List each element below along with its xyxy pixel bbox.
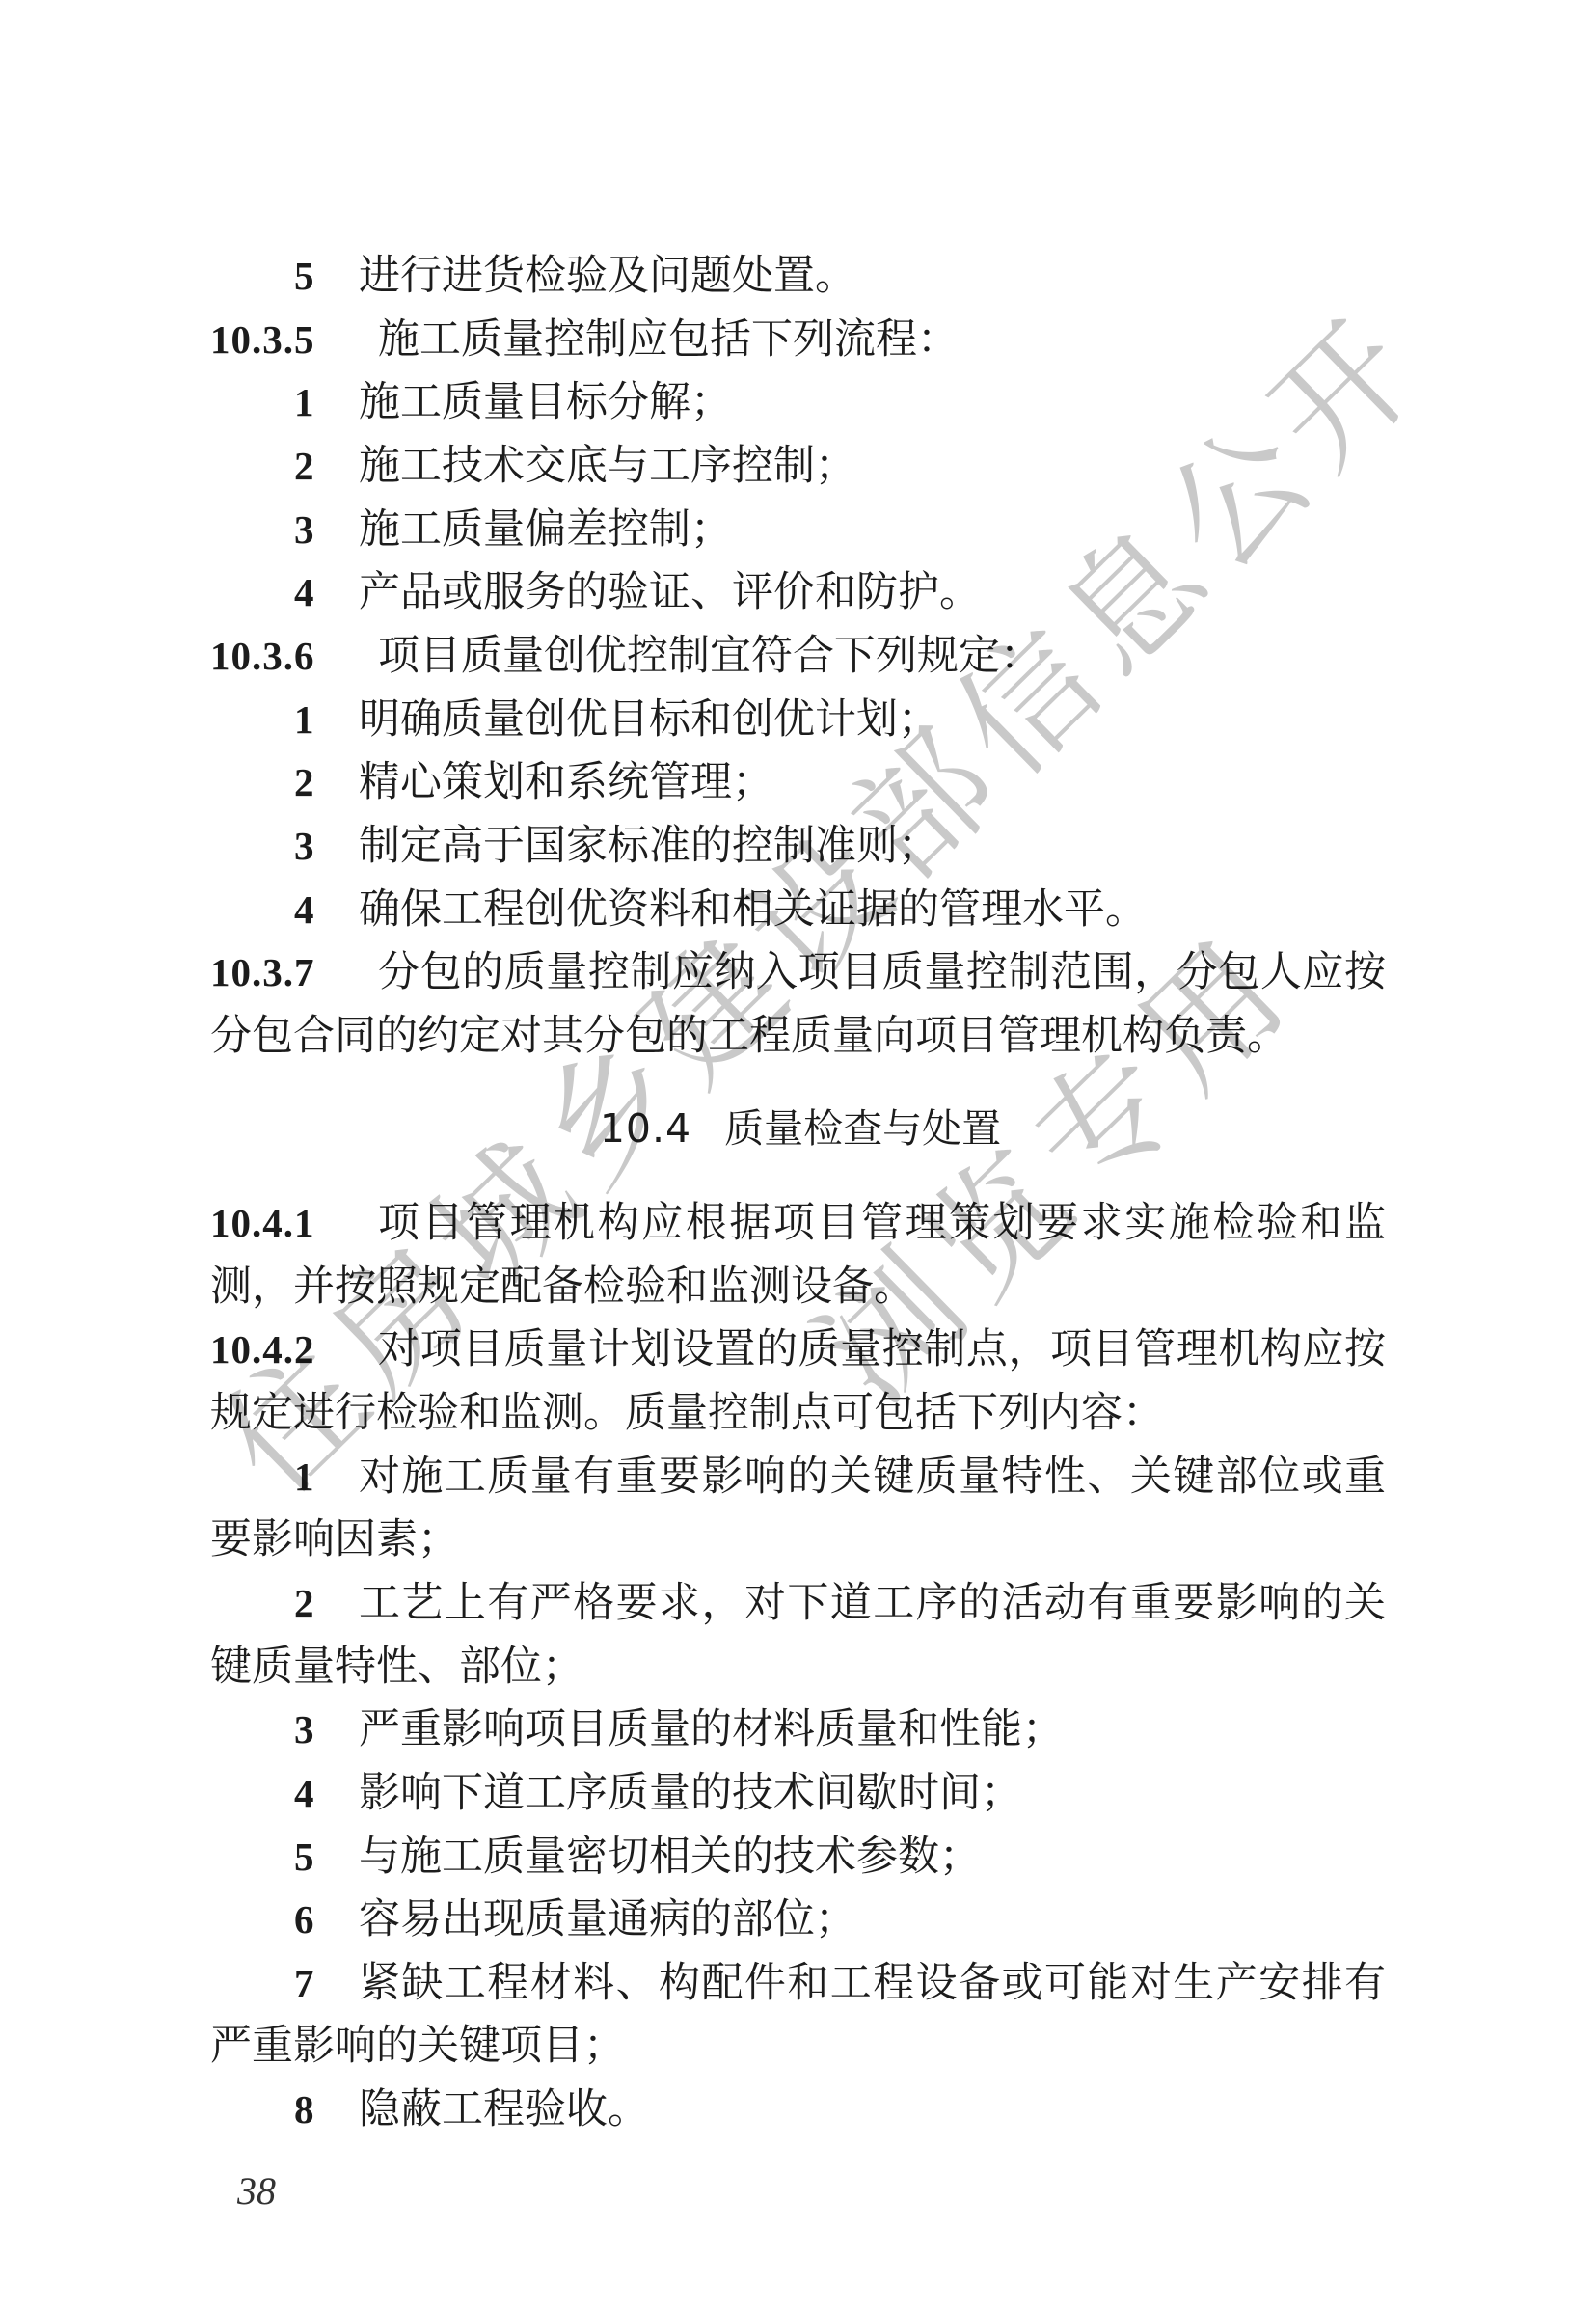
list-item: 2 工艺上有严格要求，对下道工序的活动有重要影响的关 bbox=[0, 1571, 1596, 1635]
item-number: 2 bbox=[294, 1571, 314, 1635]
item-text: 容易出现质量通病的部位； bbox=[359, 1888, 856, 1951]
list-item: 2 施工技术交底与工序控制； bbox=[0, 434, 1596, 498]
item-text: 对施工质量有重要影响的关键质量特性、关键部位或重 bbox=[359, 1445, 1386, 1509]
continuation-line: 键质量特性、部位； bbox=[0, 1635, 1596, 1699]
clause-number: 10.3.5 bbox=[210, 308, 315, 371]
item-text: 产品或服务的验证、评价和防护。 bbox=[359, 560, 981, 624]
list-item: 7 紧缺工程材料、构配件和工程设备或可能对生产安排有 bbox=[0, 1951, 1596, 2015]
item-number: 8 bbox=[294, 2078, 314, 2141]
continuation-text: 严重影响的关键项目； bbox=[210, 2014, 625, 2078]
list-item: 6 容易出现质量通病的部位； bbox=[0, 1888, 1596, 1951]
list-item: 4 确保工程创优资料和相关证据的管理水平。 bbox=[0, 878, 1596, 941]
clause-number: 10.4.2 bbox=[210, 1318, 315, 1381]
continuation-line: 分包合同的约定对其分包的工程质量向项目管理机构负责。 bbox=[0, 1004, 1596, 1068]
continuation-line: 严重影响的关键项目； bbox=[0, 2014, 1596, 2078]
list-item: 1 明确质量创优目标和创优计划； bbox=[0, 688, 1596, 751]
clause-text: 项目质量创优控制宜符合下列规定： bbox=[378, 624, 1041, 688]
item-text: 制定高于国家标准的控制准则； bbox=[359, 814, 939, 878]
item-number: 7 bbox=[294, 1951, 314, 2015]
continuation-text: 要影响因素； bbox=[210, 1508, 459, 1571]
item-number: 1 bbox=[294, 1445, 314, 1509]
item-number: 5 bbox=[294, 244, 314, 308]
continuation-text: 分包合同的约定对其分包的工程质量向项目管理机构负责。 bbox=[210, 1004, 1288, 1068]
continuation-line: 规定进行检验和监测。质量控制点可包括下列内容： bbox=[0, 1381, 1596, 1445]
clause-text: 分包的质量控制应纳入项目质量控制范围，分包人应按 bbox=[378, 940, 1386, 1004]
section-heading: 10.4质量检查与处置 bbox=[579, 1097, 1022, 1160]
document-page: 住房城乡建设部信息公开 浏览专用 5 进行进货检验及问题处置。 10.3.5 施… bbox=[0, 0, 1596, 2311]
list-item: 3 制定高于国家标准的控制准则； bbox=[0, 814, 1596, 878]
item-number: 2 bbox=[294, 434, 314, 498]
item-text: 紧缺工程材料、构配件和工程设备或可能对生产安排有 bbox=[359, 1951, 1386, 2015]
item-text: 施工技术交底与工序控制； bbox=[359, 434, 856, 498]
item-number: 3 bbox=[294, 814, 314, 878]
item-number: 4 bbox=[294, 560, 314, 624]
section-title: 质量检查与处置 bbox=[724, 1105, 1001, 1152]
clause: 10.4.2 对项目质量计划设置的质量控制点，项目管理机构应按 bbox=[0, 1318, 1596, 1381]
item-text: 进行进货检验及问题处置。 bbox=[359, 244, 856, 308]
item-number: 1 bbox=[294, 688, 314, 751]
clause: 10.3.7 分包的质量控制应纳入项目质量控制范围，分包人应按 bbox=[0, 940, 1596, 1004]
item-number: 3 bbox=[294, 498, 314, 561]
continuation-text: 键质量特性、部位； bbox=[210, 1635, 583, 1699]
clause-number: 10.3.6 bbox=[210, 624, 315, 688]
item-text: 施工质量目标分解； bbox=[359, 370, 732, 434]
item-number: 5 bbox=[294, 1825, 314, 1889]
item-text: 明确质量创优目标和创优计划； bbox=[359, 688, 939, 751]
item-text: 精心策划和系统管理； bbox=[359, 750, 773, 814]
list-item: 3 施工质量偏差控制； bbox=[0, 498, 1596, 561]
item-text: 工艺上有严格要求，对下道工序的活动有重要影响的关 bbox=[359, 1571, 1386, 1635]
list-item: 4 产品或服务的验证、评价和防护。 bbox=[0, 560, 1596, 624]
item-number: 1 bbox=[294, 370, 314, 434]
list-item: 1 施工质量目标分解； bbox=[0, 370, 1596, 434]
clause: 10.3.5 施工质量控制应包括下列流程： bbox=[0, 308, 1596, 371]
section-number: 10.4 bbox=[600, 1105, 691, 1152]
item-number: 6 bbox=[294, 1888, 314, 1951]
list-item: 5 进行进货检验及问题处置。 bbox=[0, 244, 1596, 308]
continuation-line: 测，并按照规定配备检验和监测设备。 bbox=[0, 1255, 1596, 1319]
list-item: 4 影响下道工序质量的技术间歇时间； bbox=[0, 1761, 1596, 1825]
item-number: 4 bbox=[294, 1761, 314, 1825]
item-text: 隐蔽工程验收。 bbox=[359, 2078, 649, 2141]
list-item: 2 精心策划和系统管理； bbox=[0, 750, 1596, 814]
page-number: 38 bbox=[237, 2168, 276, 2214]
item-text: 影响下道工序质量的技术间歇时间； bbox=[359, 1761, 1022, 1825]
item-text: 确保工程创优资料和相关证据的管理水平。 bbox=[359, 878, 1147, 941]
continuation-text: 规定进行检验和监测。质量控制点可包括下列内容： bbox=[210, 1381, 1164, 1445]
clause-text: 项目管理机构应根据项目管理策划要求实施检验和监 bbox=[378, 1191, 1386, 1255]
clause-text: 施工质量控制应包括下列流程： bbox=[378, 308, 959, 371]
clause: 10.3.6 项目质量创优控制宜符合下列规定： bbox=[0, 624, 1596, 688]
continuation-line: 要影响因素； bbox=[0, 1508, 1596, 1571]
item-number: 2 bbox=[294, 750, 314, 814]
continuation-text: 测，并按照规定配备检验和监测设备。 bbox=[210, 1255, 915, 1319]
item-text: 施工质量偏差控制； bbox=[359, 498, 732, 561]
item-number: 3 bbox=[294, 1698, 314, 1761]
list-item: 8 隐蔽工程验收。 bbox=[0, 2078, 1596, 2141]
item-text: 严重影响项目质量的材料质量和性能； bbox=[359, 1698, 1064, 1761]
clause: 10.4.1 项目管理机构应根据项目管理策划要求实施检验和监 bbox=[0, 1191, 1596, 1255]
item-text: 与施工质量密切相关的技术参数； bbox=[359, 1825, 981, 1889]
item-number: 4 bbox=[294, 878, 314, 941]
list-item: 5 与施工质量密切相关的技术参数； bbox=[0, 1825, 1596, 1889]
clause-number: 10.3.7 bbox=[210, 940, 315, 1004]
clause-number: 10.4.1 bbox=[210, 1191, 315, 1255]
list-item: 1 对施工质量有重要影响的关键质量特性、关键部位或重 bbox=[0, 1445, 1596, 1509]
clause-text: 对项目质量计划设置的质量控制点，项目管理机构应按 bbox=[378, 1318, 1386, 1381]
list-item: 3 严重影响项目质量的材料质量和性能； bbox=[0, 1698, 1596, 1761]
